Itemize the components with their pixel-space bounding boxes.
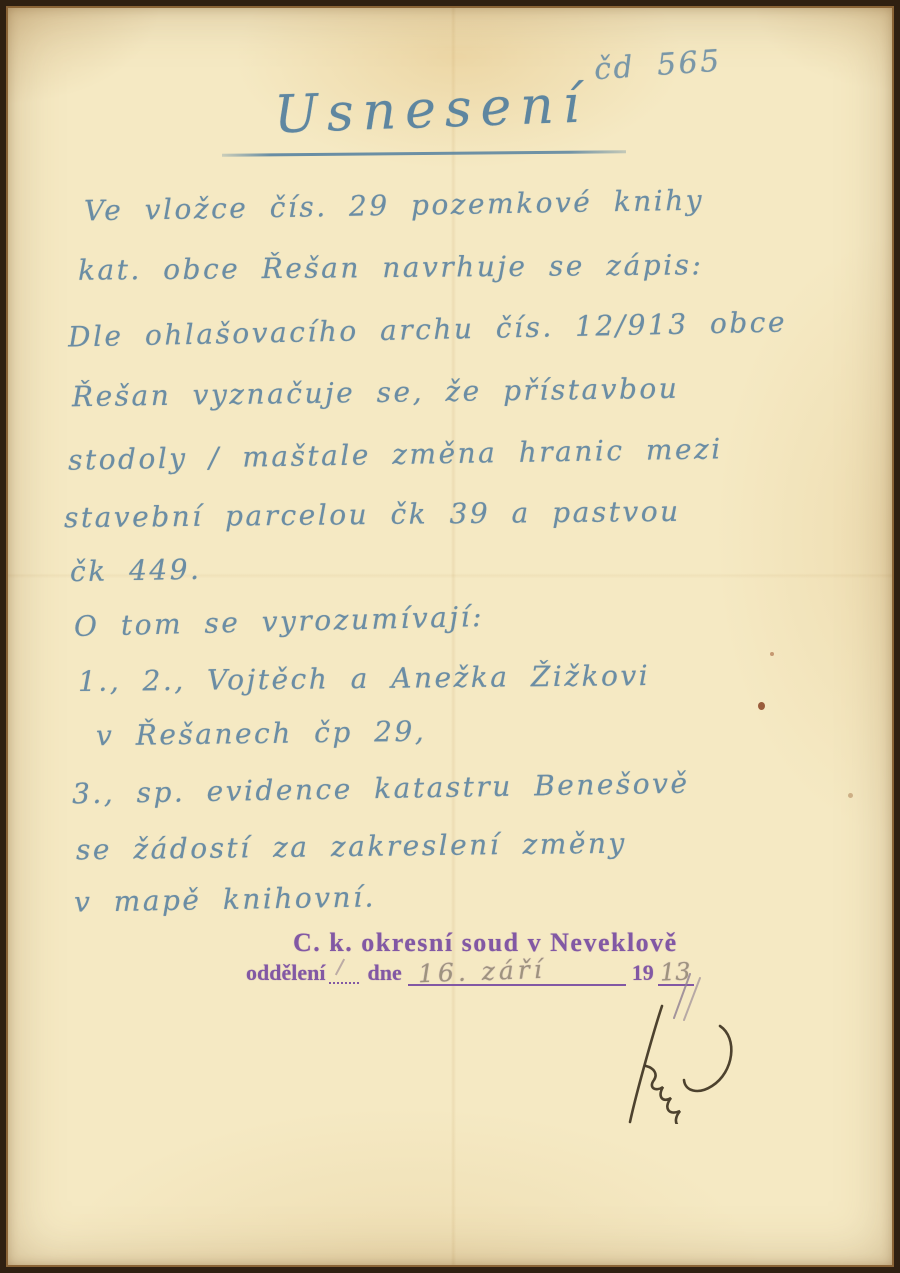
stamp-year-prefix: 19 (632, 960, 654, 986)
stamp-date-blank: 16. září (408, 958, 626, 986)
stamp-department-blank (329, 962, 359, 984)
handwritten-line: 1., 2., Vojtěch a Anežka Žižkovi (78, 659, 650, 698)
paper-stain-dot (848, 793, 853, 798)
handwritten-line: stodoly / maštale změna hranic mezi (68, 432, 723, 476)
handwritten-line: v mapě knihovní. (74, 880, 376, 918)
handwritten-line: stavební parcelou čk 39 a pastvou (64, 495, 681, 534)
handwritten-line: se žádostí za zakreslení změny (76, 827, 627, 867)
reference-number: čd 565 (593, 44, 723, 88)
stamp-date-label: dne (367, 960, 401, 986)
handwritten-line: v Řešanech čp 29, (96, 715, 427, 753)
court-stamp-name: C. k. okresní soud v Neveklově (293, 928, 678, 958)
paper-stain-dot (758, 702, 765, 710)
handwritten-date: 16. září (417, 955, 546, 988)
handwritten-line: Dle ohlašovacího archu čís. 12/913 obce (68, 305, 788, 353)
court-stamp-dateline: oddělení dne 16. září 19 13 (246, 958, 700, 986)
handwritten-line: kat. obce Řešan navrhuje se zápis: (78, 248, 704, 286)
handwritten-line: O tom se vyrozumívají: (74, 600, 485, 643)
title-underline (222, 150, 626, 157)
stamp-department-label: oddělení (246, 960, 325, 986)
paper-stain-dot (770, 652, 774, 656)
handwritten-line: 3., sp. evidence katastru Benešově (72, 767, 690, 811)
signature (602, 1004, 752, 1124)
handwritten-line: čk 449. (70, 553, 202, 588)
handwritten-line: Ve vložce čís. 29 pozemkové knihy (84, 184, 705, 228)
document-page: čd 565 Usnesení Ve vložce čís. 29 pozemk… (0, 0, 900, 1273)
handwritten-line: Řešan vyznačuje se, že přístavbou (72, 372, 680, 413)
document-title: Usnesení (273, 75, 589, 146)
